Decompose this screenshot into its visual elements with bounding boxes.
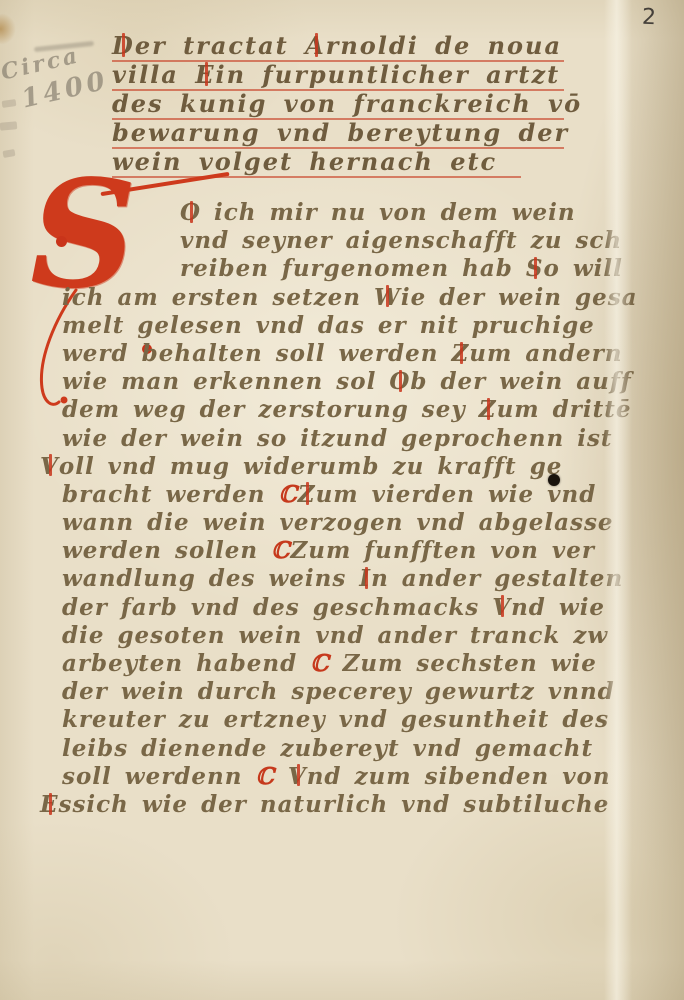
text-segment: bracht werden [62,481,278,508]
text-segment: wann die wein verzogen vnd abgelasse [62,509,614,536]
text-line: bracht werden ℂZum vierden wie vnd [62,481,647,509]
rubricated-letter: V [288,763,307,790]
text-line: reiben furgenomen hab So will [62,255,647,283]
text-segment: des kunig von franckreich vō [112,89,582,118]
text-line: dem weg der zerstorung sey Zum drittē [62,396,647,424]
text-segment: rnoldi de noua [326,31,562,60]
text-segment: der wein durch specerey gewurtz vnnd [62,678,615,705]
text-segment: wie man erkennen sol [62,368,389,395]
text-segment: arbeyten habend [62,650,310,677]
show-through-mark [0,121,17,130]
title-block: Der tractat Arnoldi de nouavilla Ein fur… [112,33,564,178]
text-line: werden sollen ℂZum funfften von ver [62,537,647,565]
text-segment: ssich wie der naturlich vnd subtiluche [59,791,610,818]
rubricated-letter: I [359,565,371,592]
text-segment: ich mir nu von dem wein [201,199,576,226]
text-line: vnd seyner aigenschafft zu sch [62,227,647,255]
text-segment: kreuter zu ertzney vnd gesuntheit des [62,706,609,733]
text-line: wie man erkennen sol Ob der wein auff [62,368,647,396]
rubricated-letter: Z [451,340,469,367]
capitulum-mark: ℂ [278,481,297,508]
text-line: Essich wie der naturlich vnd subtiluche [40,791,647,819]
text-segment: Zum sechsten wie [330,650,597,677]
capitulum-mark: ℂ [310,650,329,677]
rubricated-letter: Z [298,481,316,508]
text-line: ich am ersten setzen Wie der wein gesa [62,284,647,312]
text-line: Der tractat Arnoldi de noua [112,33,564,62]
text-segment: um andern [469,340,622,367]
capitulum-mark: ℂ [256,763,275,790]
text-segment: villa [112,60,195,89]
rubricated-letter: V [492,594,511,621]
text-segment: o will [543,255,622,282]
rubricated-letter: V [40,453,59,480]
text-line: des kunig von franckreich vō [112,91,564,120]
text-segment: Zum funfften von ver [290,537,595,564]
text-line: wann die wein verzogen vnd abgelasse [62,509,647,537]
text-segment: wandlung des weins [62,565,359,592]
text-segment: b der wein auff [410,368,631,395]
text-line: werd behalten soll werden Zum andern [62,340,647,368]
ink-blot [548,474,560,486]
text-segment: in furpuntlicher artzt [216,60,561,89]
text-segment: dem weg der zerstorung sey [62,396,479,423]
text-line: O ich mir nu von dem wein [62,199,647,227]
manuscript-page: Circa 1400 2 Der tractat Arnoldi de noua… [0,0,684,1000]
text-line: der farb vnd des geschmacks Vnd wie [62,594,647,622]
text-line: der wein durch specerey gewurtz vnnd [62,678,647,706]
text-segment: vnd seyner aigenschafft zu sch [180,227,622,254]
text-line: arbeyten habend ℂ Zum sechsten wie [62,650,647,678]
rubricated-letter: O [180,199,201,226]
capitulum-mark: ℂ [271,537,290,564]
text-segment: n ander gestalten [371,565,623,592]
text-line: soll werdenn ℂ Vnd zum sibenden von [62,763,647,791]
text-segment: soll werdenn [62,763,256,790]
text-segment: wie der wein so itzund geprochenn ist [62,425,613,452]
text-line: wie der wein so itzund geprochenn ist [62,425,647,453]
text-segment: werd behalten soll werden [62,340,451,367]
rubricated-letter: D [112,31,135,60]
text-segment: um drittē [497,396,632,423]
text-segment: reiben furgenomen hab [180,255,526,282]
text-line: kreuter zu ertzney vnd gesuntheit des [62,706,647,734]
margin-stain [0,13,16,45]
rubricated-letter: W [374,284,401,311]
text-line: villa Ein furpuntlicher artzt [112,62,564,91]
rubricated-letter: S [526,255,544,282]
text-segment: der farb vnd des geschmacks [62,594,492,621]
text-segment: ich am ersten setzen [62,284,374,311]
rubricated-letter: E [40,791,59,818]
text-segment: oll vnd mug widerumb zu krafft ge [59,453,563,480]
rubricated-letter: E [195,60,215,89]
rubricated-letter: O [389,368,410,395]
rubricated-letter: Z [479,396,497,423]
show-through-mark [2,149,15,158]
text-line: wandlung des weins In ander gestalten [62,565,647,593]
text-segment: bewarung vnd bereytung der [112,118,569,147]
text-segment: nd wie [511,594,605,621]
text-segment: werden sollen [62,537,271,564]
text-segment: er tractat [135,31,305,60]
text-line: bewarung vnd bereytung der [112,120,564,149]
text-line: melt gelesen vnd das er nit pruchige [62,312,647,340]
rubricated-letter: A [305,31,326,60]
text-segment: leibs dienende zubereyt vnd gemacht [62,735,593,762]
text-segment: ie der wein gesa [401,284,638,311]
text-segment: melt gelesen vnd das er nit pruchige [62,312,595,339]
text-segment [275,763,288,790]
pencil-annotation: Circa 1400 [0,37,112,118]
text-line: die gesoten wein vnd ander tranck zw [62,622,647,650]
folio-number: 2 [642,5,657,30]
body-text: O ich mir nu von dem weinvnd seyner aige… [62,199,647,819]
text-line: leibs dienende zubereyt vnd gemacht [62,735,647,763]
text-segment: die gesoten wein vnd ander tranck zw [62,622,608,649]
text-segment: nd zum sibenden von [307,763,611,790]
